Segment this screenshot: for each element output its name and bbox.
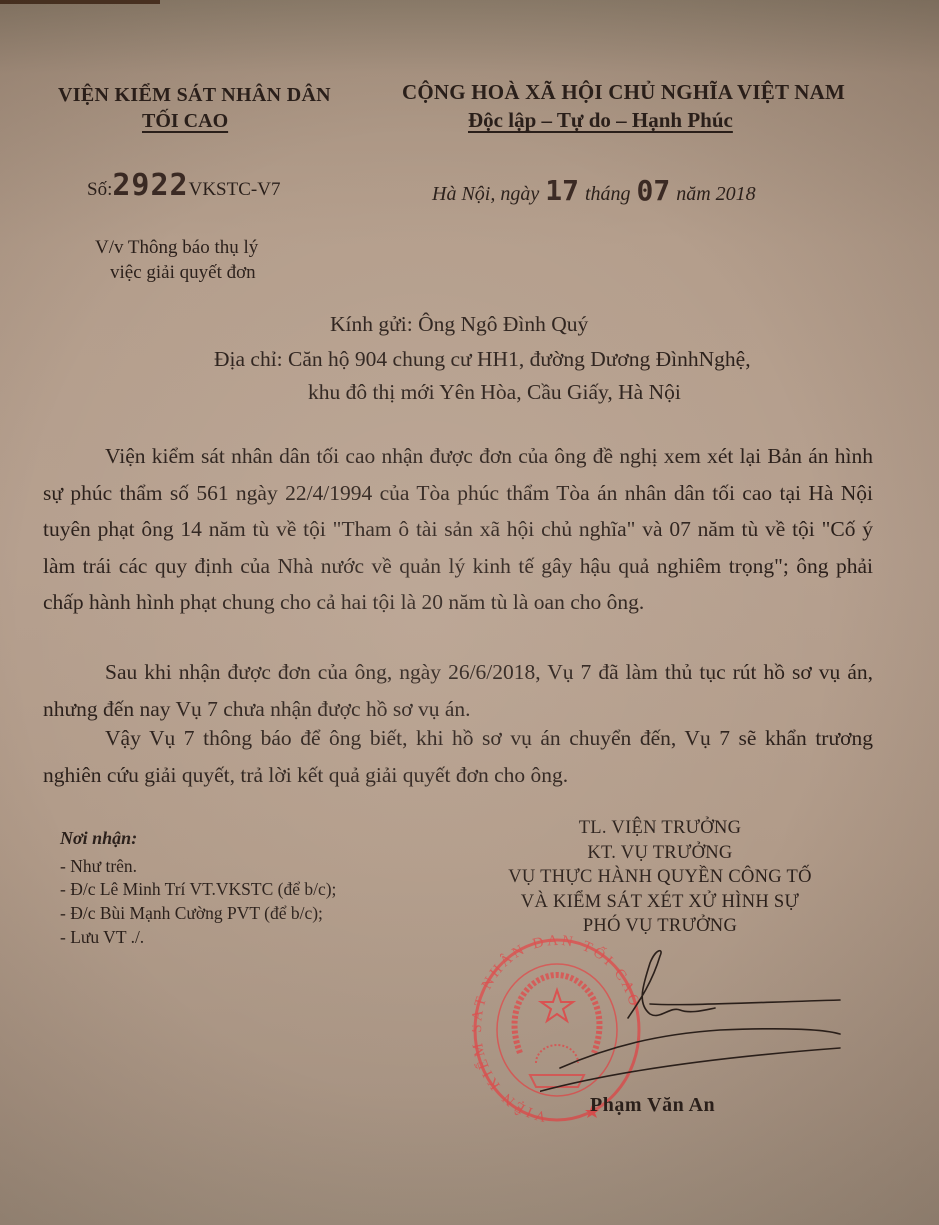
paragraph-text: Sau khi nhận được đơn của ông, ngày 26/6… [43,654,873,727]
date-month-label: tháng [585,183,631,205]
body-paragraph-1: Viện kiểm sát nhân dân tối cao nhận được… [43,438,873,621]
recipient-address-line-2: khu đô thị mới Yên Hòa, Cầu Giấy, Hà Nội [308,380,681,405]
desk-edge [0,0,160,4]
distribution-title: Nơi nhận: [60,828,137,849]
document-number-suffix: VKSTC-V7 [189,179,281,200]
subject-line-1: V/v Thông báo thụ lý [95,237,258,259]
salutation: Kính gửi: Ông Ngô Đình Quý [330,312,588,337]
distribution-item: - Lưu VT ./. [60,927,144,948]
distribution-item: - Như trên. [60,856,137,877]
issuing-agency-subtitle: TỐI CAO [142,110,228,133]
date-place: Hà Nội, ngày [432,183,539,205]
signer-name: Phạm Văn An [590,1094,715,1117]
date-day: 17 [545,174,579,207]
handwritten-signature [540,948,880,1098]
body-paragraph-3: Vậy Vụ 7 thông báo để ông biết, khi hồ s… [43,720,873,793]
document-number: Số:2922VKSTC-V7 [87,168,280,203]
recipient-address-line-1: Địa chỉ: Căn hộ 904 chung cư HH1, đường … [214,347,751,372]
subject-line-2: việc giải quyết đơn [110,262,256,284]
signature-title-line: KT. VỤ TRƯỞNG [460,843,860,864]
body-paragraph-2: Sau khi nhận được đơn của ông, ngày 26/6… [43,654,873,727]
national-title: CỘNG HOÀ XÃ HỘI CHỦ NGHĨA VIỆT NAM [402,80,845,105]
date-year: năm 2018 [676,183,755,205]
signature-title-line: VỤ THỰC HÀNH QUYỀN CÔNG TỐ [460,867,860,888]
paragraph-text: Viện kiểm sát nhân dân tối cao nhận được… [43,438,873,621]
document-number-prefix: Số: [87,179,112,200]
date-month: 07 [637,174,671,207]
issuing-agency: VIỆN KIỂM SÁT NHÂN DÂN [58,84,331,107]
national-motto: Độc lập – Tự do – Hạnh Phúc [468,108,733,133]
signature-title-line: VÀ KIỂM SÁT XÉT XỬ HÌNH SỰ [460,892,860,913]
signature-title-line: PHÓ VỤ TRƯỞNG [460,916,860,937]
distribution-item: - Đ/c Lê Minh Trí VT.VKSTC (để b/c); [60,879,336,900]
issue-date: Hà Nội, ngày17tháng07năm 2018 [432,174,756,207]
paragraph-text: Vậy Vụ 7 thông báo để ông biết, khi hồ s… [43,720,873,793]
signature-title-line: TL. VIỆN TRƯỞNG [460,818,860,839]
distribution-item: - Đ/c Bùi Mạnh Cường PVT (để b/c); [60,903,323,924]
document-number-value: 2922 [112,168,188,203]
